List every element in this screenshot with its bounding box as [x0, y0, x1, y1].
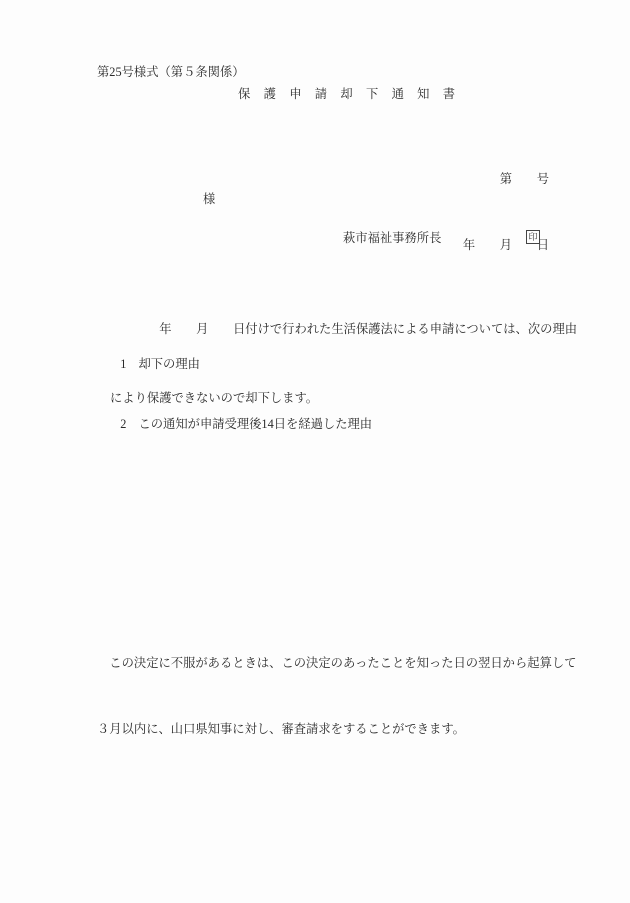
- section-label: この通知が申請受理後14日を経過した理由: [138, 417, 372, 431]
- section-delay-reason: 2この通知が申請受理後14日を経過した理由: [108, 403, 372, 445]
- body-line-1: 年 月 日付けで行われた生活保護法による申請については、次の理由: [110, 318, 577, 341]
- appeal-notice-paragraph: この決定に不服があるときは、この決定のあったことを知った日の翌日から起算して ３…: [97, 608, 576, 784]
- section-label: 却下の理由: [138, 357, 200, 371]
- appeal-line-1: この決定に不服があるときは、この決定のあったことを知った日の翌日から起算して: [97, 652, 576, 674]
- section-number: 2: [120, 417, 126, 431]
- addressee-honorific: 様: [203, 192, 215, 206]
- document-title: 保 護 申 請 却 下 通 知 書: [238, 87, 456, 101]
- seal-mark: 印: [526, 230, 540, 244]
- section-rejection-reason: 1却下の理由: [108, 343, 200, 385]
- seal-character: 印: [528, 233, 537, 242]
- document-number-line: 第 号: [463, 168, 549, 190]
- appeal-line-2: ３月以内に、山口県知事に対し、審査請求をすることができます。: [97, 718, 576, 740]
- section-number: 1: [120, 357, 126, 371]
- form-number: 第25号様式（第５条関係）: [97, 65, 245, 79]
- document-page: 第25号様式（第５条関係） 保 護 申 請 却 下 通 知 書 第 号 年 月 …: [0, 0, 630, 903]
- sender-name: 萩市福祉事務所長: [343, 231, 441, 245]
